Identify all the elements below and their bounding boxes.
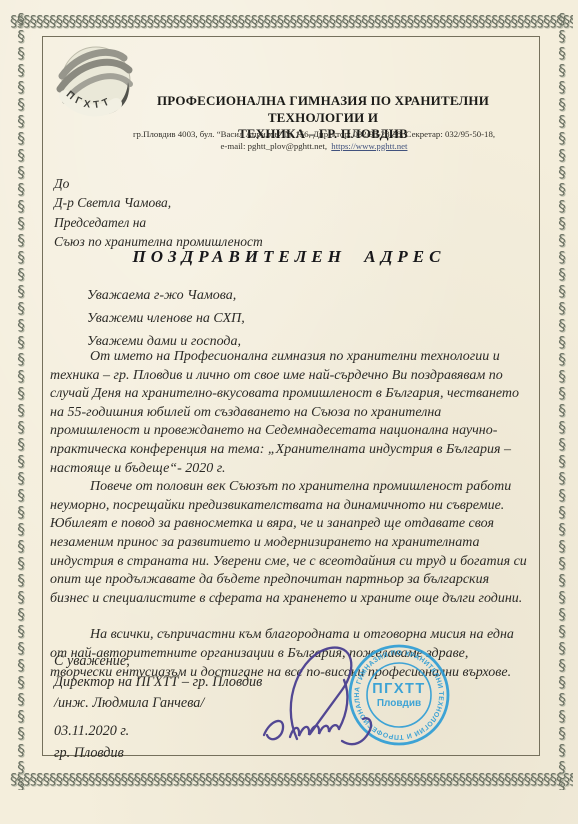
salutation-line: Уважеми членове на СХП, [87,307,245,330]
signature-loop [291,648,352,739]
salutation-block: Уважаема г-жо Чамова, Уважеми членове на… [87,284,245,354]
contact-email: e-mail: pghtt_plov@pghtt.net, [221,141,328,151]
document-title: ПОЗДРАВИТЕЛЕН АДРЕС [40,247,538,267]
addressee-line: Председател на [54,213,263,232]
closing-line: С уважение, [54,651,262,672]
addressee-line: Д-р Светла Чамова, [54,193,263,212]
ornamental-border-bottom: §§§§§§§§§§§§§§§§§§§§§§§§§§§§§§§§§§§§§§§§… [10,768,573,790]
ornamental-border-right: §§§§§§§§§§§§§§§§§§§§§§§§§§§§§§§§§§§§§§§§… [551,10,573,790]
letter-date: 03.11.2020 г. [54,721,129,743]
signature-ink [250,642,402,768]
contact-info: гр.Пловдив 4003, бул. “Васил Априлов” № … [90,129,538,152]
letter-body: От името на Професионална гимназия по хр… [50,348,530,682]
addressee-block: До Д-р Светла Чамова, Председател на Съю… [54,174,263,251]
signature-initial [264,721,283,739]
ornamental-border-top: §§§§§§§§§§§§§§§§§§§§§§§§§§§§§§§§§§§§§§§§… [10,10,573,32]
signature-flourish [342,718,371,744]
closing-line: Директор на ПГХТТ – гр. Пловдив [54,672,262,693]
contact-email-line: e-mail: pghtt_plov@pghtt.net, https://ww… [90,141,538,153]
closing-line: /инж. Людмила Ганчева/ [54,693,262,714]
signature-waves [290,725,339,737]
scanned-letter-page: §§§§§§§§§§§§§§§§§§§§§§§§§§§§§§§§§§§§§§§§… [0,0,578,824]
salutation-line: Уважаема г-жо Чамова, [87,284,245,307]
contact-address-phones: гр.Пловдив 4003, бул. “Васил Априлов” № … [90,129,538,141]
body-paragraph: От името на Професионална гимназия по хр… [50,348,530,478]
ornamental-border-left: §§§§§§§§§§§§§§§§§§§§§§§§§§§§§§§§§§§§§§§§… [10,10,32,790]
date-place-block: 03.11.2020 г. гр. Пловдив [54,721,129,764]
body-paragraph: Повече от половин век Съюзът по хранител… [50,478,530,608]
closing-block: С уважение, Директор на ПГХТТ – гр. Плов… [54,651,262,714]
website-link[interactable]: https://www.pghtt.net [331,141,407,151]
addressee-line: До [54,174,263,193]
school-name-line1: ПРОФЕСИОНАЛНА ГИМНАЗИЯ ПО ХРАНИТЕЛНИ ТЕХ… [112,93,534,126]
letter-place: гр. Пловдив [54,743,129,765]
